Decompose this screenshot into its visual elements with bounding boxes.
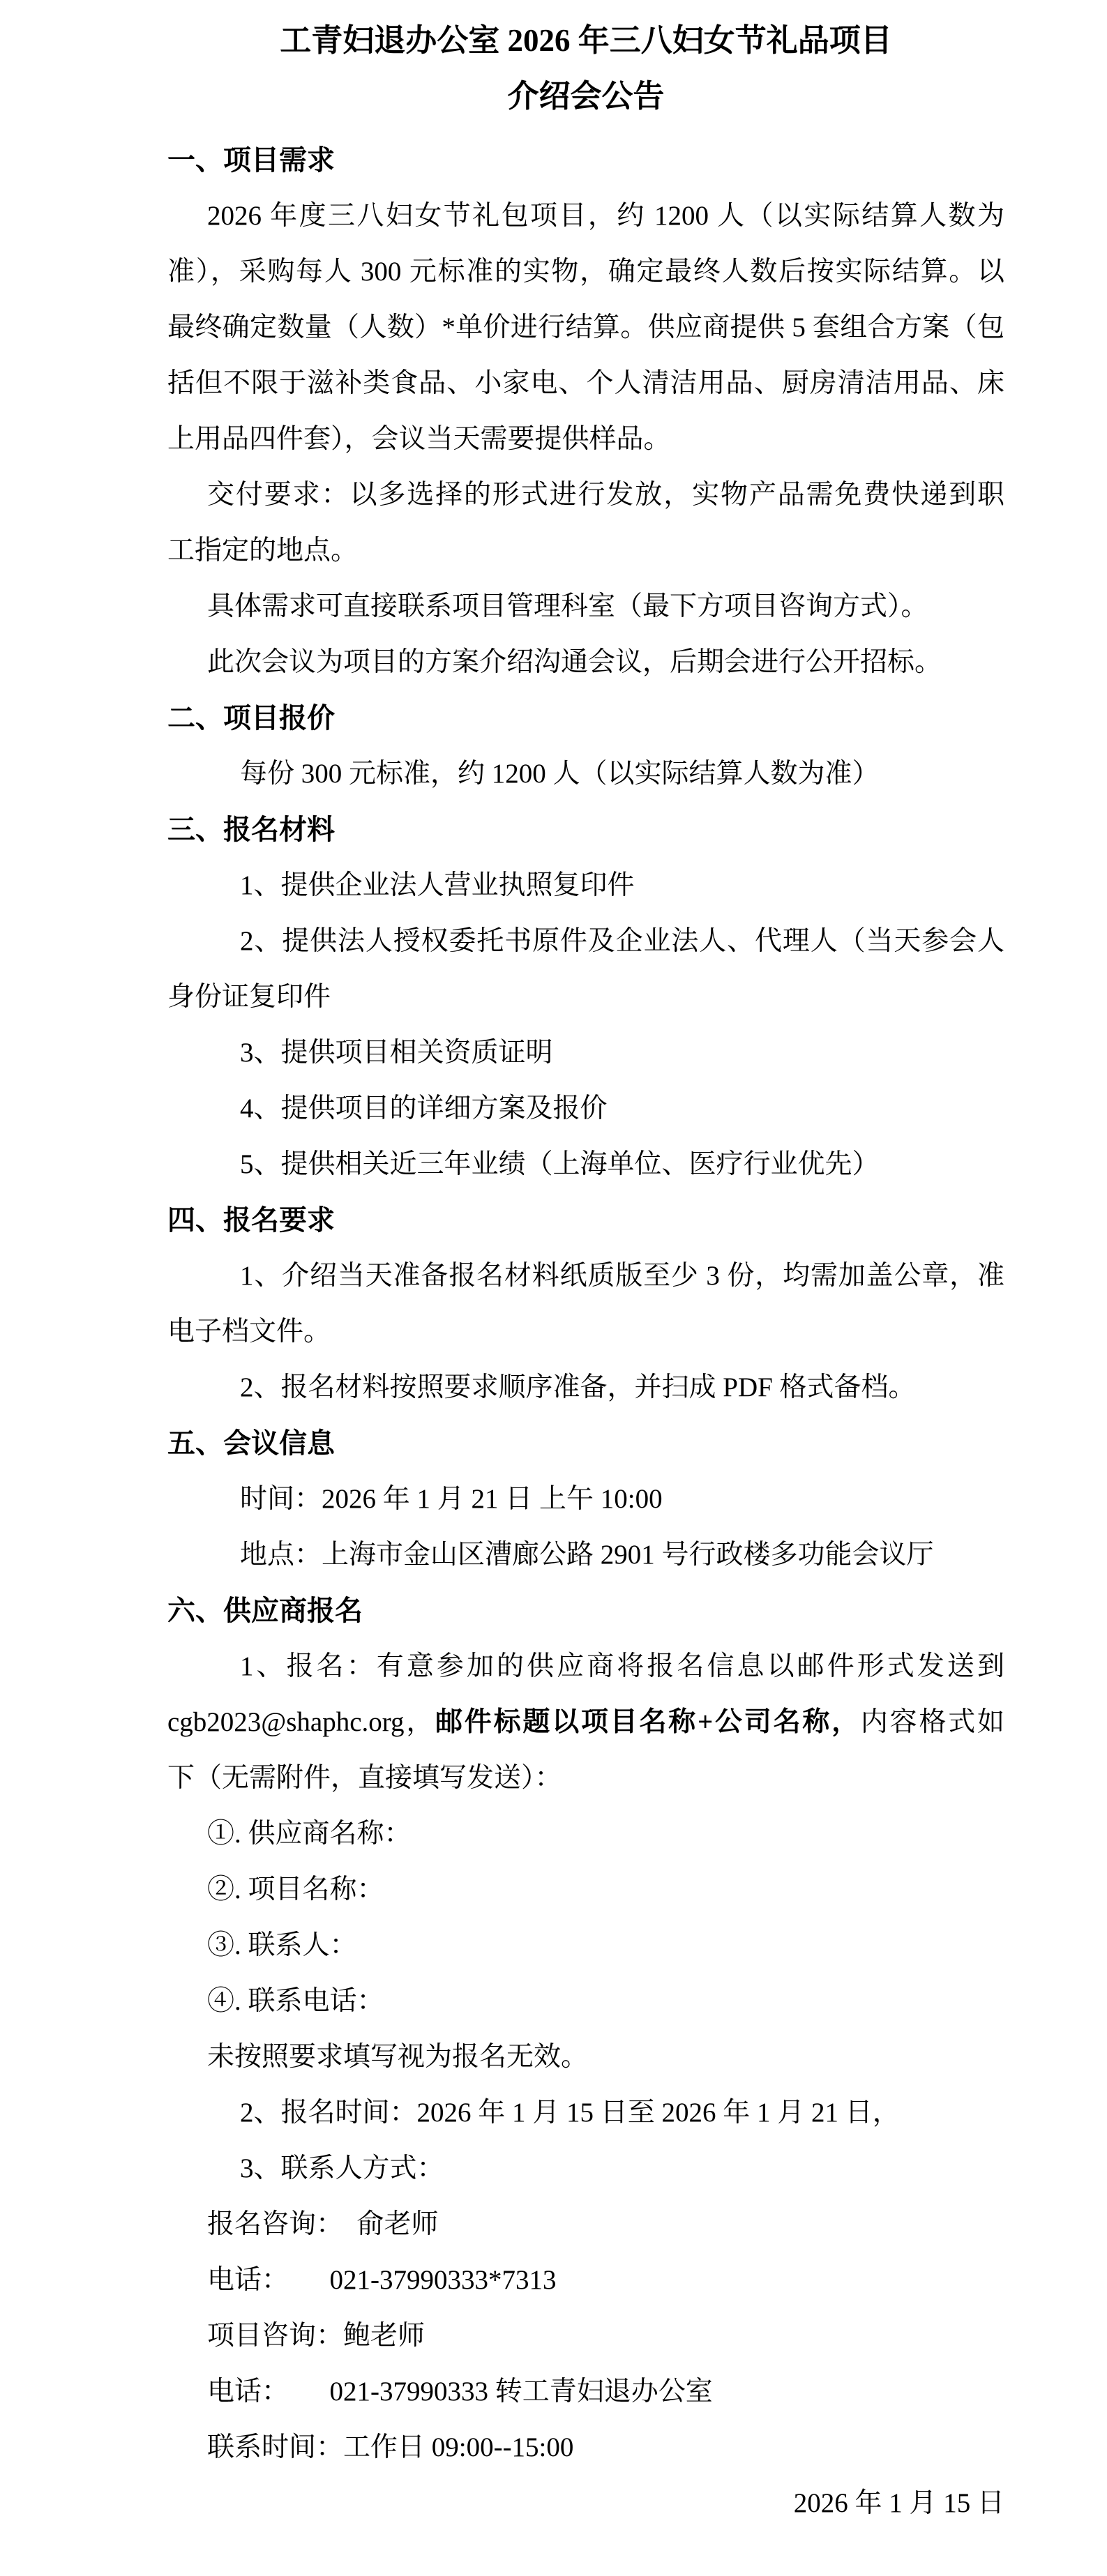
doc-line: 报名咨询： 俞老师 <box>167 2197 1004 2252</box>
doc-line: 1、提供企业法人营业执照复印件 <box>167 858 1004 914</box>
section-heading: 三、报名材料 <box>167 802 1004 858</box>
doc-line: 下（无需附件，直接填写发送）： <box>167 1750 1004 1806</box>
doc-line: 最终确定数量（人数）*单价进行结算。供应商提供 5 套组合方案（包 <box>167 300 1004 356</box>
doc-line: 3、提供项目相关资质证明 <box>167 1025 1004 1081</box>
doc-line: 电子档文件。 <box>167 1304 1004 1360</box>
doc-line: 时间：2026 年 1 月 21 日 上午 10:00 <box>167 1471 1004 1527</box>
doc-line: 2、报名时间：2026 年 1 月 15 日至 2026 年 1 月 21 日， <box>167 2085 1004 2141</box>
doc-line: 括但不限于滋补类食品、小家电、个人清洁用品、厨房清洁用品、床 <box>167 356 1004 411</box>
doc-line: 此次会议为项目的方案介绍沟通会议，后期会进行公开招标。 <box>167 635 1004 690</box>
doc-line: 工指定的地点。 <box>167 523 1004 579</box>
section-heading: 一、项目需求 <box>167 132 1004 188</box>
document-page: 工青妇退办公室 2026 年三八妇女节礼品项目 介绍会公告 一、项目需求2026… <box>0 0 1107 2576</box>
document-body: 一、项目需求2026 年度三八妇女节礼包项目，约 1200 人（以实际结算人数为… <box>167 132 1004 2531</box>
doc-line: cgb2023@shaphc.org，邮件标题以项目名称+公司名称，内容格式如 <box>167 1695 1004 1750</box>
doc-line: 具体需求可直接联系项目管理科室（最下方项目咨询方式）。 <box>167 579 1004 635</box>
doc-line: 地点：上海市金山区漕廊公路 2901 号行政楼多功能会议厅 <box>167 1527 1004 1583</box>
doc-line: 1、报名：有意参加的供应商将报名信息以邮件形式发送到 <box>167 1639 1004 1695</box>
section-heading: 四、报名要求 <box>167 1192 1004 1248</box>
doc-line: 交付要求：以多选择的形式进行发放，实物产品需免费快递到职 <box>167 467 1004 523</box>
doc-line: 联系时间：工作日 09:00--15:00 <box>167 2420 1004 2476</box>
doc-line: ④. 联系电话： <box>167 1973 1004 2029</box>
doc-line: 2、报名材料按照要求顺序准备，并扫成 PDF 格式备档。 <box>167 1360 1004 1416</box>
doc-line: 电话： 021-37990333*7313 <box>167 2252 1004 2308</box>
doc-line: 项目咨询：鲍老师 <box>167 2308 1004 2364</box>
section-heading: 二、项目报价 <box>167 690 1004 746</box>
text-segment: 内容格式如 <box>861 1707 1004 1737</box>
doc-line: ②. 项目名称： <box>167 1862 1004 1918</box>
email-subject-rule: 邮件标题以项目名称+公司名称， <box>435 1707 861 1737</box>
doc-line: ③. 联系人： <box>167 1918 1004 1973</box>
doc-line: 每份 300 元标准，约 1200 人（以实际结算人数为准） <box>167 746 1004 802</box>
section-heading: 五、会议信息 <box>167 1416 1004 1471</box>
page-subtitle: 介绍会公告 <box>167 68 1004 124</box>
doc-line: 2、提供法人授权委托书原件及企业法人、代理人（当天参会人员） <box>167 914 1004 969</box>
doc-line: 准），采购每人 300 元标准的实物，确定最终人数后按实际结算。以 <box>167 244 1004 300</box>
doc-line: 身份证复印件 <box>167 969 1004 1025</box>
doc-line: ①. 供应商名称： <box>167 1806 1004 1862</box>
email-address: cgb2023@shaphc.org， <box>167 1707 435 1737</box>
page-title: 工青妇退办公室 2026 年三八妇女节礼品项目 <box>167 13 1004 68</box>
doc-line: 1、介绍当天准备报名材料纸质版至少 3 份，均需加盖公章，准备 <box>167 1248 1004 1304</box>
document-title-block: 工青妇退办公室 2026 年三八妇女节礼品项目 介绍会公告 <box>167 13 1004 124</box>
doc-date: 2026 年 1 月 15 日 <box>167 2476 1004 2531</box>
doc-line: 3、联系人方式： <box>167 2141 1004 2197</box>
doc-line: 未按照要求填写视为报名无效。 <box>167 2029 1004 2085</box>
section-heading: 六、供应商报名 <box>167 1583 1004 1639</box>
doc-line: 2026 年度三八妇女节礼包项目，约 1200 人（以实际结算人数为 <box>167 188 1004 244</box>
doc-line: 5、提供相关近三年业绩（上海单位、医疗行业优先） <box>167 1137 1004 1192</box>
doc-line: 4、提供项目的详细方案及报价 <box>167 1081 1004 1137</box>
doc-line: 电话： 021-37990333 转工青妇退办公室 <box>167 2364 1004 2420</box>
doc-line: 上用品四件套），会议当天需要提供样品。 <box>167 411 1004 467</box>
